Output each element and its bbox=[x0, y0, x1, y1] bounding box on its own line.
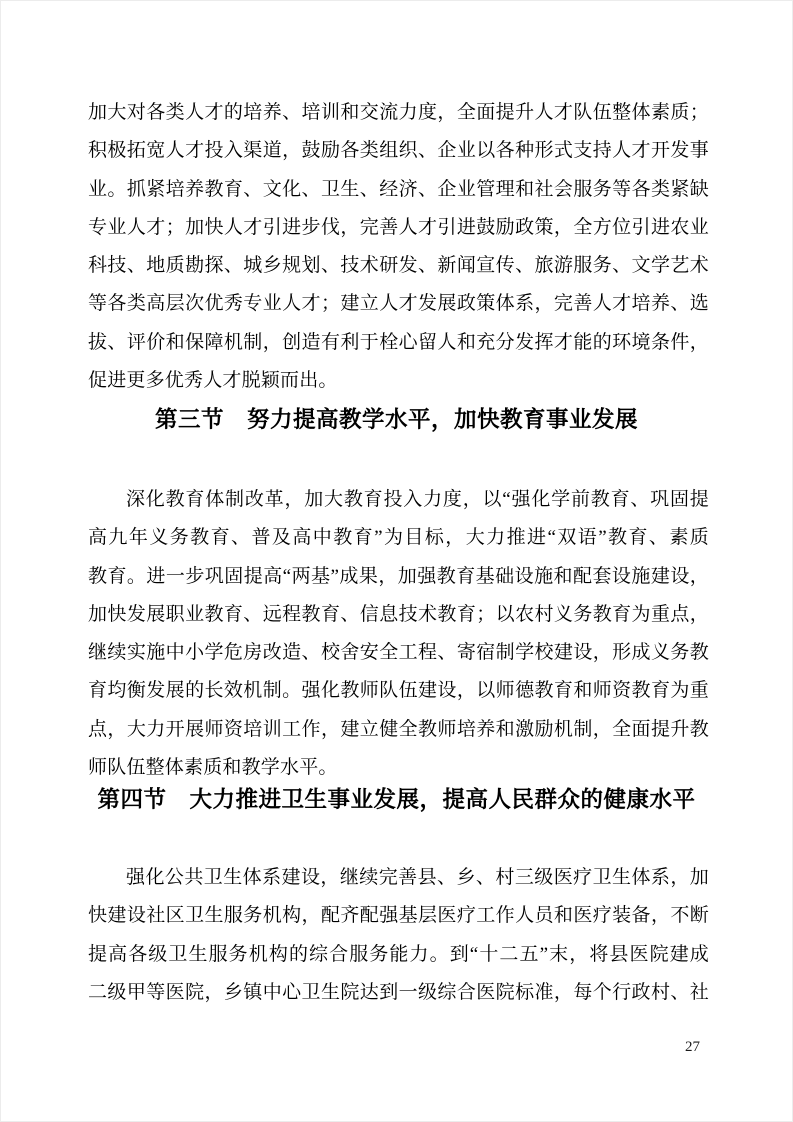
text-line: 高九年义务教育、普及高中教育”为目标，大力推进“双语”教育、素质 bbox=[88, 519, 709, 557]
section-4-heading: 第四节 大力推进卫生事业发展，提高人民群众的健康水平 bbox=[0, 783, 793, 817]
text-line: 等各类高层次优秀专业人才；建立人才发展政策体系，完善人才培养、选 bbox=[88, 285, 709, 323]
section-3-heading: 第三节 努力提高教学水平，加快教育事业发展 bbox=[0, 403, 793, 437]
paragraph-talent-development: 加大对各类人才的培养、培训和交流力度，全面提升人才队伍整体素质；积极拓宽人才投入… bbox=[88, 94, 709, 400]
text-line: 育均衡发展的长效机制。强化教师队伍建设，以师德教育和师资教育为重 bbox=[88, 672, 709, 710]
text-line: 积极拓宽人才投入渠道，鼓励各类组织、企业以各种形式支持人才开发事 bbox=[88, 132, 709, 170]
text-line: 促进更多优秀人才脱颖而出。 bbox=[88, 362, 709, 400]
text-line: 提高各级卫生服务机构的综合服务能力。到“十二五”末，将县医院建成 bbox=[88, 936, 709, 974]
text-line: 科技、地质勘探、城乡规划、技术研发、新闻宣传、旅游服务、文学艺术 bbox=[88, 247, 709, 285]
text-line: 拔、评价和保障机制，创造有利于栓心留人和充分发挥才能的环境条件， bbox=[88, 324, 709, 362]
text-line: 点，大力开展师资培训工作，建立健全教师培养和激励机制，全面提升教 bbox=[88, 711, 709, 749]
paragraph-health: 强化公共卫生体系建设，继续完善县、乡、村三级医疗卫生体系，加快建设社区卫生服务机… bbox=[88, 859, 709, 1012]
paragraph-education: 深化教育体制改革，加大教育投入力度，以“强化学前教育、巩固提高九年义务教育、普及… bbox=[88, 481, 709, 787]
text-line: 快建设社区卫生服务机构，配齐配强基层医疗工作人员和医疗装备，不断 bbox=[88, 897, 709, 935]
text-line: 师队伍整体素质和教学水平。 bbox=[88, 749, 709, 787]
text-line: 继续实施中小学危房改造、校舍安全工程、寄宿制学校建设，形成义务教 bbox=[88, 634, 709, 672]
text-line: 加快发展职业教育、远程教育、信息技术教育；以农村义务教育为重点， bbox=[88, 596, 709, 634]
page-number: 27 bbox=[685, 1038, 700, 1056]
document-page: 加大对各类人才的培养、培训和交流力度，全面提升人才队伍整体素质；积极拓宽人才投入… bbox=[0, 0, 793, 1122]
text-line: 专业人才；加快人才引进步伐，完善人才引进鼓励政策，全方位引进农业 bbox=[88, 209, 709, 247]
text-line: 教育。进一步巩固提高“两基”成果，加强教育基础设施和配套设施建设， bbox=[88, 558, 709, 596]
text-line: 加大对各类人才的培养、培训和交流力度，全面提升人才队伍整体素质； bbox=[88, 94, 709, 132]
text-line: 业。抓紧培养教育、文化、卫生、经济、企业管理和社会服务等各类紧缺 bbox=[88, 171, 709, 209]
text-line: 深化教育体制改革，加大教育投入力度，以“强化学前教育、巩固提 bbox=[88, 481, 709, 519]
text-line: 强化公共卫生体系建设，继续完善县、乡、村三级医疗卫生体系，加 bbox=[88, 859, 709, 897]
text-line: 二级甲等医院，乡镇中心卫生院达到一级综合医院标准，每个行政村、社 bbox=[88, 974, 709, 1012]
